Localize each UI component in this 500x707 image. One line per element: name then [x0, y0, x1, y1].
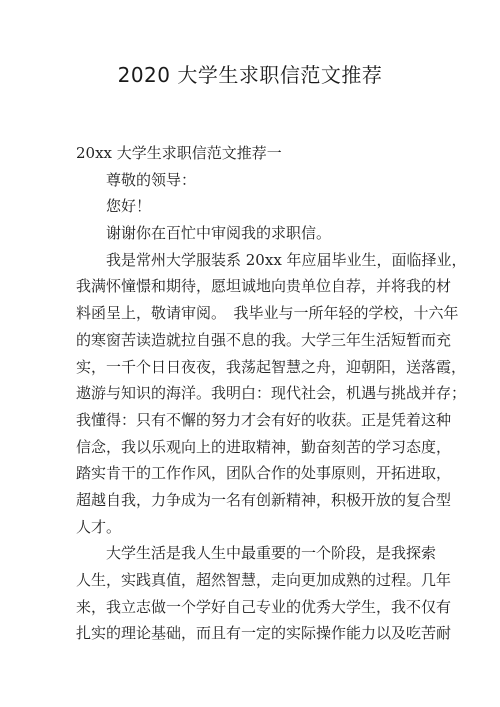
- document-body: 20xx 大学生求职信范文推荐一 尊敬的领导： 您好！ 谢谢你在百忙中审阅我的求…: [76, 140, 431, 647]
- document-title: 2020 大学生求职信范文推荐: [0, 62, 500, 88]
- paragraph-line: 大学生活是我人生中最重要的一个阶段，是我探索: [76, 540, 431, 567]
- greeting: 您好！: [76, 193, 431, 220]
- section-heading: 20xx 大学生求职信范文推荐一: [76, 140, 431, 167]
- paragraph-line: 我是常州大学服装系 20xx 年应届毕业生，面临择业，: [76, 247, 431, 274]
- paragraph-line: 扎实的理论基础，而且有一定的实际操作能力以及吃苦耐: [76, 620, 431, 647]
- paragraph-line: 料函呈上，敬请审阅。 我毕业与一所年轻的学校，十六年: [76, 300, 431, 327]
- paragraph-line: 我懂得：只有不懈的努力才会有好的收获。正是凭着这种: [76, 407, 431, 434]
- paragraph-line: 来，我立志做一个学好自己专业的优秀大学生，我不仅有: [76, 594, 431, 621]
- paragraph-line: 遨游与知识的海洋。我明白：现代社会，机遇与挑战并存；: [76, 380, 431, 407]
- paragraph-line: 我满怀憧憬和期待，愿坦诚地向贵单位自荐，并将我的材: [76, 273, 431, 300]
- paragraph-line: 实，一千个日日夜夜，我荡起智慧之舟，迎朝阳，送落霞，: [76, 354, 431, 381]
- document-page: 2020 大学生求职信范文推荐 20xx 大学生求职信范文推荐一 尊敬的领导： …: [0, 0, 500, 707]
- paragraph-line: 踏实肯干的工作作风，团队合作的处事原则，开拓进取，: [76, 460, 431, 487]
- paragraph-line: 人才。: [76, 514, 431, 541]
- paragraph-line: 人生，实践真值，超然智慧，走向更加成熟的过程。几年: [76, 567, 431, 594]
- paragraph-line: 的寒窗苦读造就拉自强不息的我。大学三年生活短暂而充: [76, 327, 431, 354]
- paragraph-line: 信念，我以乐观向上的进取精神，勤奋刻苦的学习态度，: [76, 434, 431, 461]
- paragraph-1: 我是常州大学服装系 20xx 年应届毕业生，面临择业， 我满怀憧憬和期待，愿坦诚…: [76, 247, 431, 541]
- salutation: 尊敬的领导：: [76, 167, 431, 194]
- paragraph-line: 超越自我，力争成为一名有创新精神，积极开放的复合型: [76, 487, 431, 514]
- paragraph-2: 大学生活是我人生中最重要的一个阶段，是我探索 人生，实践真值，超然智慧，走向更加…: [76, 540, 431, 647]
- opening-line: 谢谢你在百忙中审阅我的求职信。: [76, 220, 431, 247]
